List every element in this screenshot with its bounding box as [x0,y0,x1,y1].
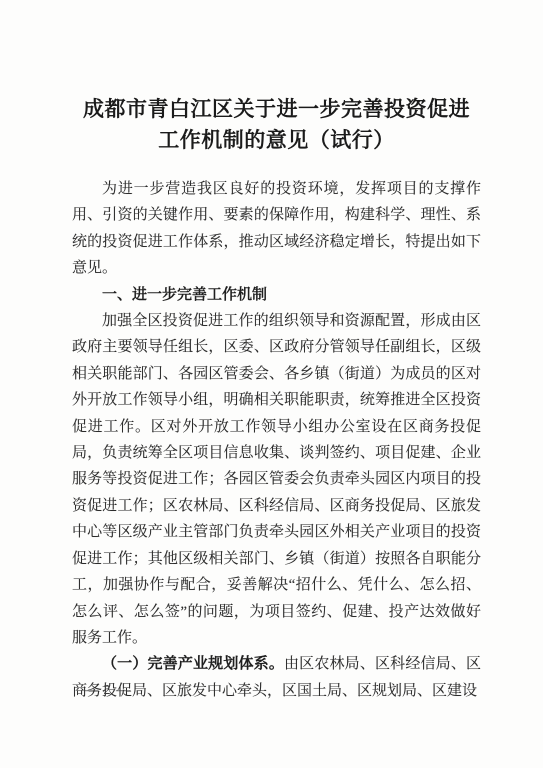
document-title: 成都市青白江区关于进一步完善投资促进 工作机制的意见（试行） [72,94,481,156]
document-page: 成都市青白江区关于进一步完善投资促进 工作机制的意见（试行） 为进一步营造我区良… [0,0,543,768]
document-content: 成都市青白江区关于进一步完善投资促进 工作机制的意见（试行） 为进一步营造我区良… [72,94,481,704]
section-body-paragraph: 加强全区投资促进工作的组织领导和资源配置，形成由区政府主要领导任组长，区委、区政… [72,308,481,651]
document-title-line2: 工作机制的意见（试行） [72,125,481,156]
item-lead-text: （一）完善产业规划体系。 [102,656,284,672]
document-title-line1: 成都市青白江区关于进一步完善投资促进 [72,94,481,125]
section-heading: 一、进一步完善工作机制 [72,282,481,308]
intro-paragraph: 为进一步营造我区良好的投资环境，发挥项目的支撑作用、引资的关键作用、要素的保障作… [72,176,481,282]
page-number: — 2 — [84,683,131,699]
item-paragraph: （一）完善产业规划体系。由区农林局、区科经信局、区商务投促局、区旅发中心牵头，区… [72,651,481,704]
